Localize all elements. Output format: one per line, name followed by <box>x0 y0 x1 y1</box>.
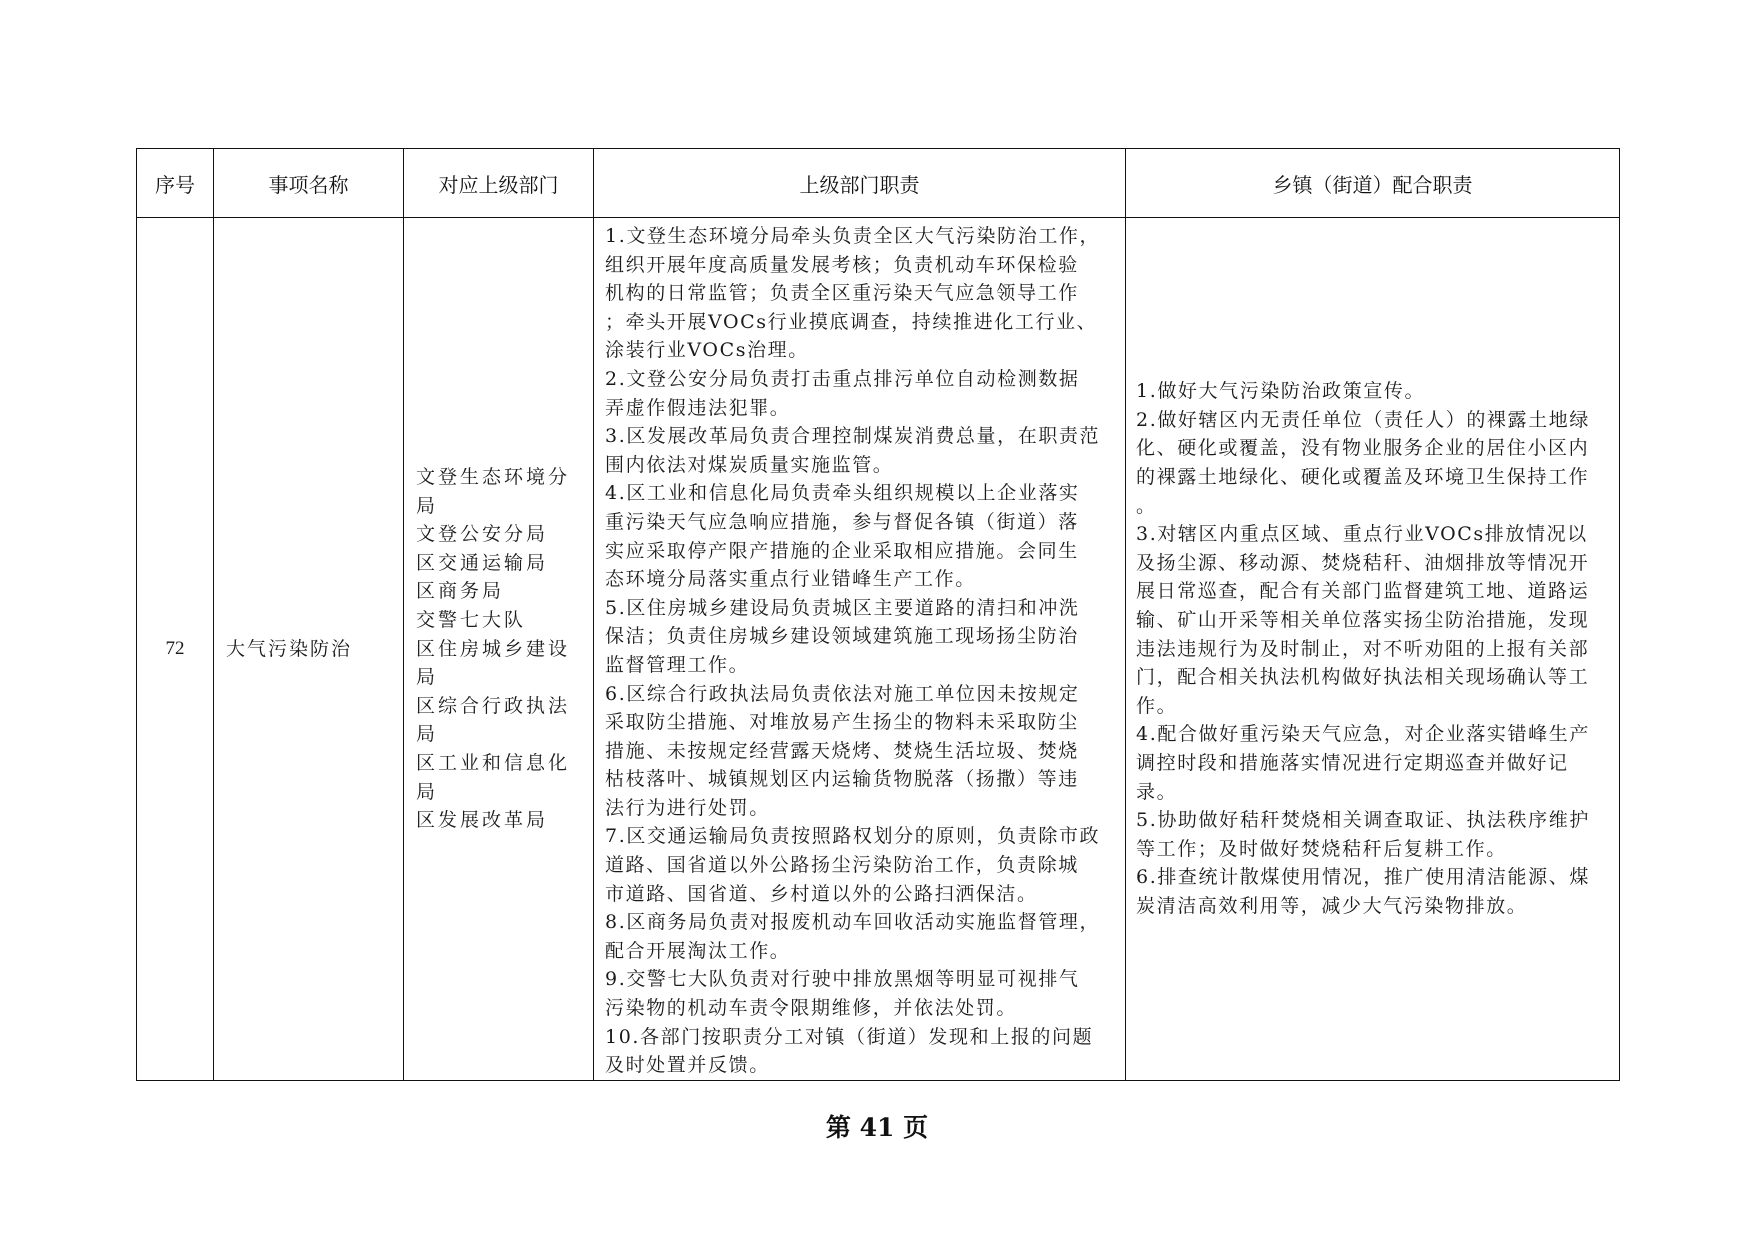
text-line: 配合开展淘汰工作。 <box>605 937 1117 966</box>
text-line: 4.区工业和信息化局负责牵头组织规模以上企业落实 <box>605 479 1117 508</box>
text-line: 3.区发展改革局负责合理控制煤炭消费总量，在职责范 <box>605 422 1117 451</box>
text-line: 违法违规行为及时制止，对不听劝阻的上报有关部 <box>1136 635 1609 664</box>
text-line: 文登生态环境分 <box>416 463 583 492</box>
text-line: 7.区交通运输局负责按照路权划分的原则，负责除市政 <box>605 822 1117 851</box>
text-line: 8.区商务局负责对报废机动车回收活动实施监督管理， <box>605 908 1117 937</box>
text-line: 作。 <box>1136 692 1609 721</box>
text-line: 采取防尘措施、对堆放易产生扬尘的物料未采取防尘 <box>605 708 1117 737</box>
text-line: 区商务局 <box>416 577 583 606</box>
header-upper-department: 对应上级部门 <box>404 149 594 218</box>
text-line: 态环境分局落实重点行业错峰生产工作。 <box>605 565 1117 594</box>
responsibility-table: 序号 事项名称 对应上级部门 上级部门职责 乡镇（街道）配合职责 72 大气污染… <box>136 148 1620 1081</box>
text-line: 展日常巡查，配合有关部门监督建筑工地、道路运 <box>1136 577 1609 606</box>
header-town-duties: 乡镇（街道）配合职责 <box>1126 149 1620 218</box>
text-line: 的裸露土地绿化、硬化或覆盖及环境卫生保持工作 <box>1136 463 1609 492</box>
text-line: 区综合行政执法 <box>416 692 583 721</box>
text-line: 门，配合相关执法机构做好执法相关现场确认等工 <box>1136 663 1609 692</box>
text-line: 法行为进行处罚。 <box>605 794 1117 823</box>
table-row: 72 大气污染防治 文登生态环境分局文登公安分局区交通运输局区商务局交警七大队区… <box>137 218 1620 1081</box>
text-line: 保洁；负责住房城乡建设领域建筑施工现场扬尘防治 <box>605 622 1117 651</box>
text-line: 局 <box>416 663 583 692</box>
row-item-name: 大气污染防治 <box>214 218 404 1081</box>
text-line: 2.做好辖区内无责任单位（责任人）的裸露土地绿 <box>1136 406 1609 435</box>
text-line: 监督管理工作。 <box>605 651 1117 680</box>
text-line: 9.交警七大队负责对行驶中排放黑烟等明显可视排气 <box>605 965 1117 994</box>
text-line: 区住房城乡建设 <box>416 635 583 664</box>
text-line: 录。 <box>1136 778 1609 807</box>
text-line: 措施、未按规定经营露天烧烤、焚烧生活垃圾、焚烧 <box>605 737 1117 766</box>
page-number-label: 第 41 页 <box>0 1108 1754 1144</box>
text-line: 污染物的机动车责令限期维修，并依法处罚。 <box>605 994 1117 1023</box>
header-item-name: 事项名称 <box>214 149 404 218</box>
header-serial-number: 序号 <box>137 149 214 218</box>
table-header-row: 序号 事项名称 对应上级部门 上级部门职责 乡镇（街道）配合职责 <box>137 149 1620 218</box>
text-line: 1.做好大气污染防治政策宣传。 <box>1136 377 1609 406</box>
text-line: 区工业和信息化 <box>416 749 583 778</box>
text-line: 及时处置并反馈。 <box>605 1051 1117 1080</box>
text-line: 区发展改革局 <box>416 806 583 835</box>
text-line: 重污染天气应急响应措施，参与督促各镇（街道）落 <box>605 508 1117 537</box>
text-line: 6.排查统计散煤使用情况，推广使用清洁能源、煤 <box>1136 863 1609 892</box>
text-line: 2.文登公安分局负责打击重点排污单位自动检测数据 <box>605 365 1117 394</box>
row-serial-number: 72 <box>137 218 214 1081</box>
text-line: 1.文登生态环境分局牵头负责全区大气污染防治工作， <box>605 222 1117 251</box>
text-line: 涂装行业VOCs治理。 <box>605 336 1117 365</box>
text-line: 交警七大队 <box>416 606 583 635</box>
text-line: 调控时段和措施落实情况进行定期巡查并做好记 <box>1136 749 1609 778</box>
department-list: 文登生态环境分局文登公安分局区交通运输局区商务局交警七大队区住房城乡建设局区综合… <box>416 463 583 835</box>
text-line: 。 <box>1136 492 1609 521</box>
text-line: 6.区综合行政执法局负责依法对施工单位因未按规定 <box>605 680 1117 709</box>
text-line: 5.协助做好秸秆焚烧相关调查取证、执法秩序维护 <box>1136 806 1609 835</box>
text-line: 局 <box>416 778 583 807</box>
text-line: 文登公安分局 <box>416 520 583 549</box>
text-line: 5.区住房城乡建设局负责城区主要道路的清扫和冲洗 <box>605 594 1117 623</box>
town-duties-list: 1.做好大气污染防治政策宣传。2.做好辖区内无责任单位（责任人）的裸露土地绿化、… <box>1136 377 1609 920</box>
text-line: 炭清洁高效利用等，减少大气污染物排放。 <box>1136 892 1609 921</box>
text-line: 10.各部门按职责分工对镇（街道）发现和上报的问题 <box>605 1023 1117 1052</box>
text-line: 枯枝落叶、城镇规划区内运输货物脱落（扬撒）等违 <box>605 765 1117 794</box>
text-line: 化、硬化或覆盖，没有物业服务企业的居住小区内 <box>1136 434 1609 463</box>
text-line: 局 <box>416 492 583 521</box>
text-line: 机构的日常监管；负责全区重污染天气应急领导工作 <box>605 279 1117 308</box>
text-line: 4.配合做好重污染天气应急，对企业落实错峰生产 <box>1136 720 1609 749</box>
text-line: 围内依法对煤炭质量实施监管。 <box>605 451 1117 480</box>
text-line: ；牵头开展VOCs行业摸底调查，持续推进化工行业、 <box>605 308 1117 337</box>
text-line: 输、矿山开采等相关单位落实扬尘防治措施，发现 <box>1136 606 1609 635</box>
row-upper-departments: 文登生态环境分局文登公安分局区交通运输局区商务局交警七大队区住房城乡建设局区综合… <box>404 218 594 1081</box>
header-upper-duties: 上级部门职责 <box>594 149 1126 218</box>
text-line: 实应采取停产限产措施的企业采取相应措施。会同生 <box>605 537 1117 566</box>
upper-duties-list: 1.文登生态环境分局牵头负责全区大气污染防治工作，组织开展年度高质量发展考核；负… <box>605 218 1117 1080</box>
text-line: 局 <box>416 720 583 749</box>
text-line: 等工作；及时做好焚烧秸秆后复耕工作。 <box>1136 835 1609 864</box>
text-line: 道路、国省道以外公路扬尘污染防治工作，负责除城 <box>605 851 1117 880</box>
text-line: 弄虚作假违法犯罪。 <box>605 394 1117 423</box>
row-town-duties: 1.做好大气污染防治政策宣传。2.做好辖区内无责任单位（责任人）的裸露土地绿化、… <box>1126 218 1620 1081</box>
text-line: 区交通运输局 <box>416 549 583 578</box>
text-line: 及扬尘源、移动源、焚烧秸秆、油烟排放等情况开 <box>1136 549 1609 578</box>
text-line: 3.对辖区内重点区域、重点行业VOCs排放情况以 <box>1136 520 1609 549</box>
text-line: 市道路、国省道、乡村道以外的公路扫洒保洁。 <box>605 880 1117 909</box>
row-upper-duties: 1.文登生态环境分局牵头负责全区大气污染防治工作，组织开展年度高质量发展考核；负… <box>594 218 1126 1081</box>
text-line: 组织开展年度高质量发展考核；负责机动车环保检验 <box>605 251 1117 280</box>
